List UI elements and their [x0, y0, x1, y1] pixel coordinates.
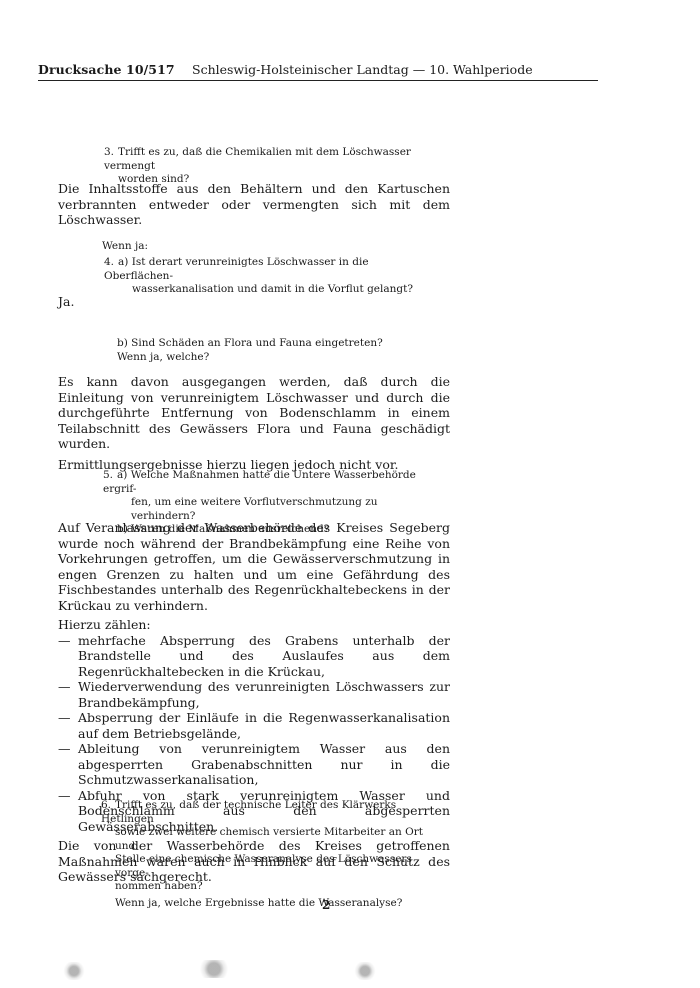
list-item: —Ableitung von verunreinigtem Wasser aus… [58, 741, 450, 788]
answer-3: Die Inhaltsstoffe aus den Behältern und … [58, 181, 450, 228]
question-6: 6.Trifft es zu, daß der technische Leite… [101, 799, 431, 910]
answer-4a: Ja. [58, 294, 450, 310]
list-item: —mehrfache Absperrung des Grabens unterh… [58, 633, 450, 680]
question-4b: b) Sind Schäden an Flora und Fauna einge… [117, 337, 417, 364]
scan-artifact [62, 962, 86, 980]
question-4-preface: Wenn ja: [102, 240, 148, 254]
list-item: —Wiederverwendung des verunreinigten Lös… [58, 679, 450, 710]
scan-artifact [353, 962, 377, 980]
parliament-title: Schleswig-Holsteinischer Landtag — 10. W… [192, 62, 533, 78]
list-item: —Absperrung der Einläufe in die Regenwas… [58, 710, 450, 741]
scan-artifact [196, 960, 232, 978]
page-header: Drucksache 10/517 Schleswig-Holsteinisch… [38, 62, 598, 81]
page-number: 2 [322, 898, 330, 912]
document-page: Drucksache 10/517 Schleswig-Holsteinisch… [0, 0, 700, 988]
answer-4b: Es kann davon ausgegangen werden, daß du… [58, 374, 450, 472]
question-4a: 4.a) Ist derart verunreinigtes Löschwass… [104, 256, 424, 297]
document-number: Drucksache 10/517 [38, 62, 175, 78]
